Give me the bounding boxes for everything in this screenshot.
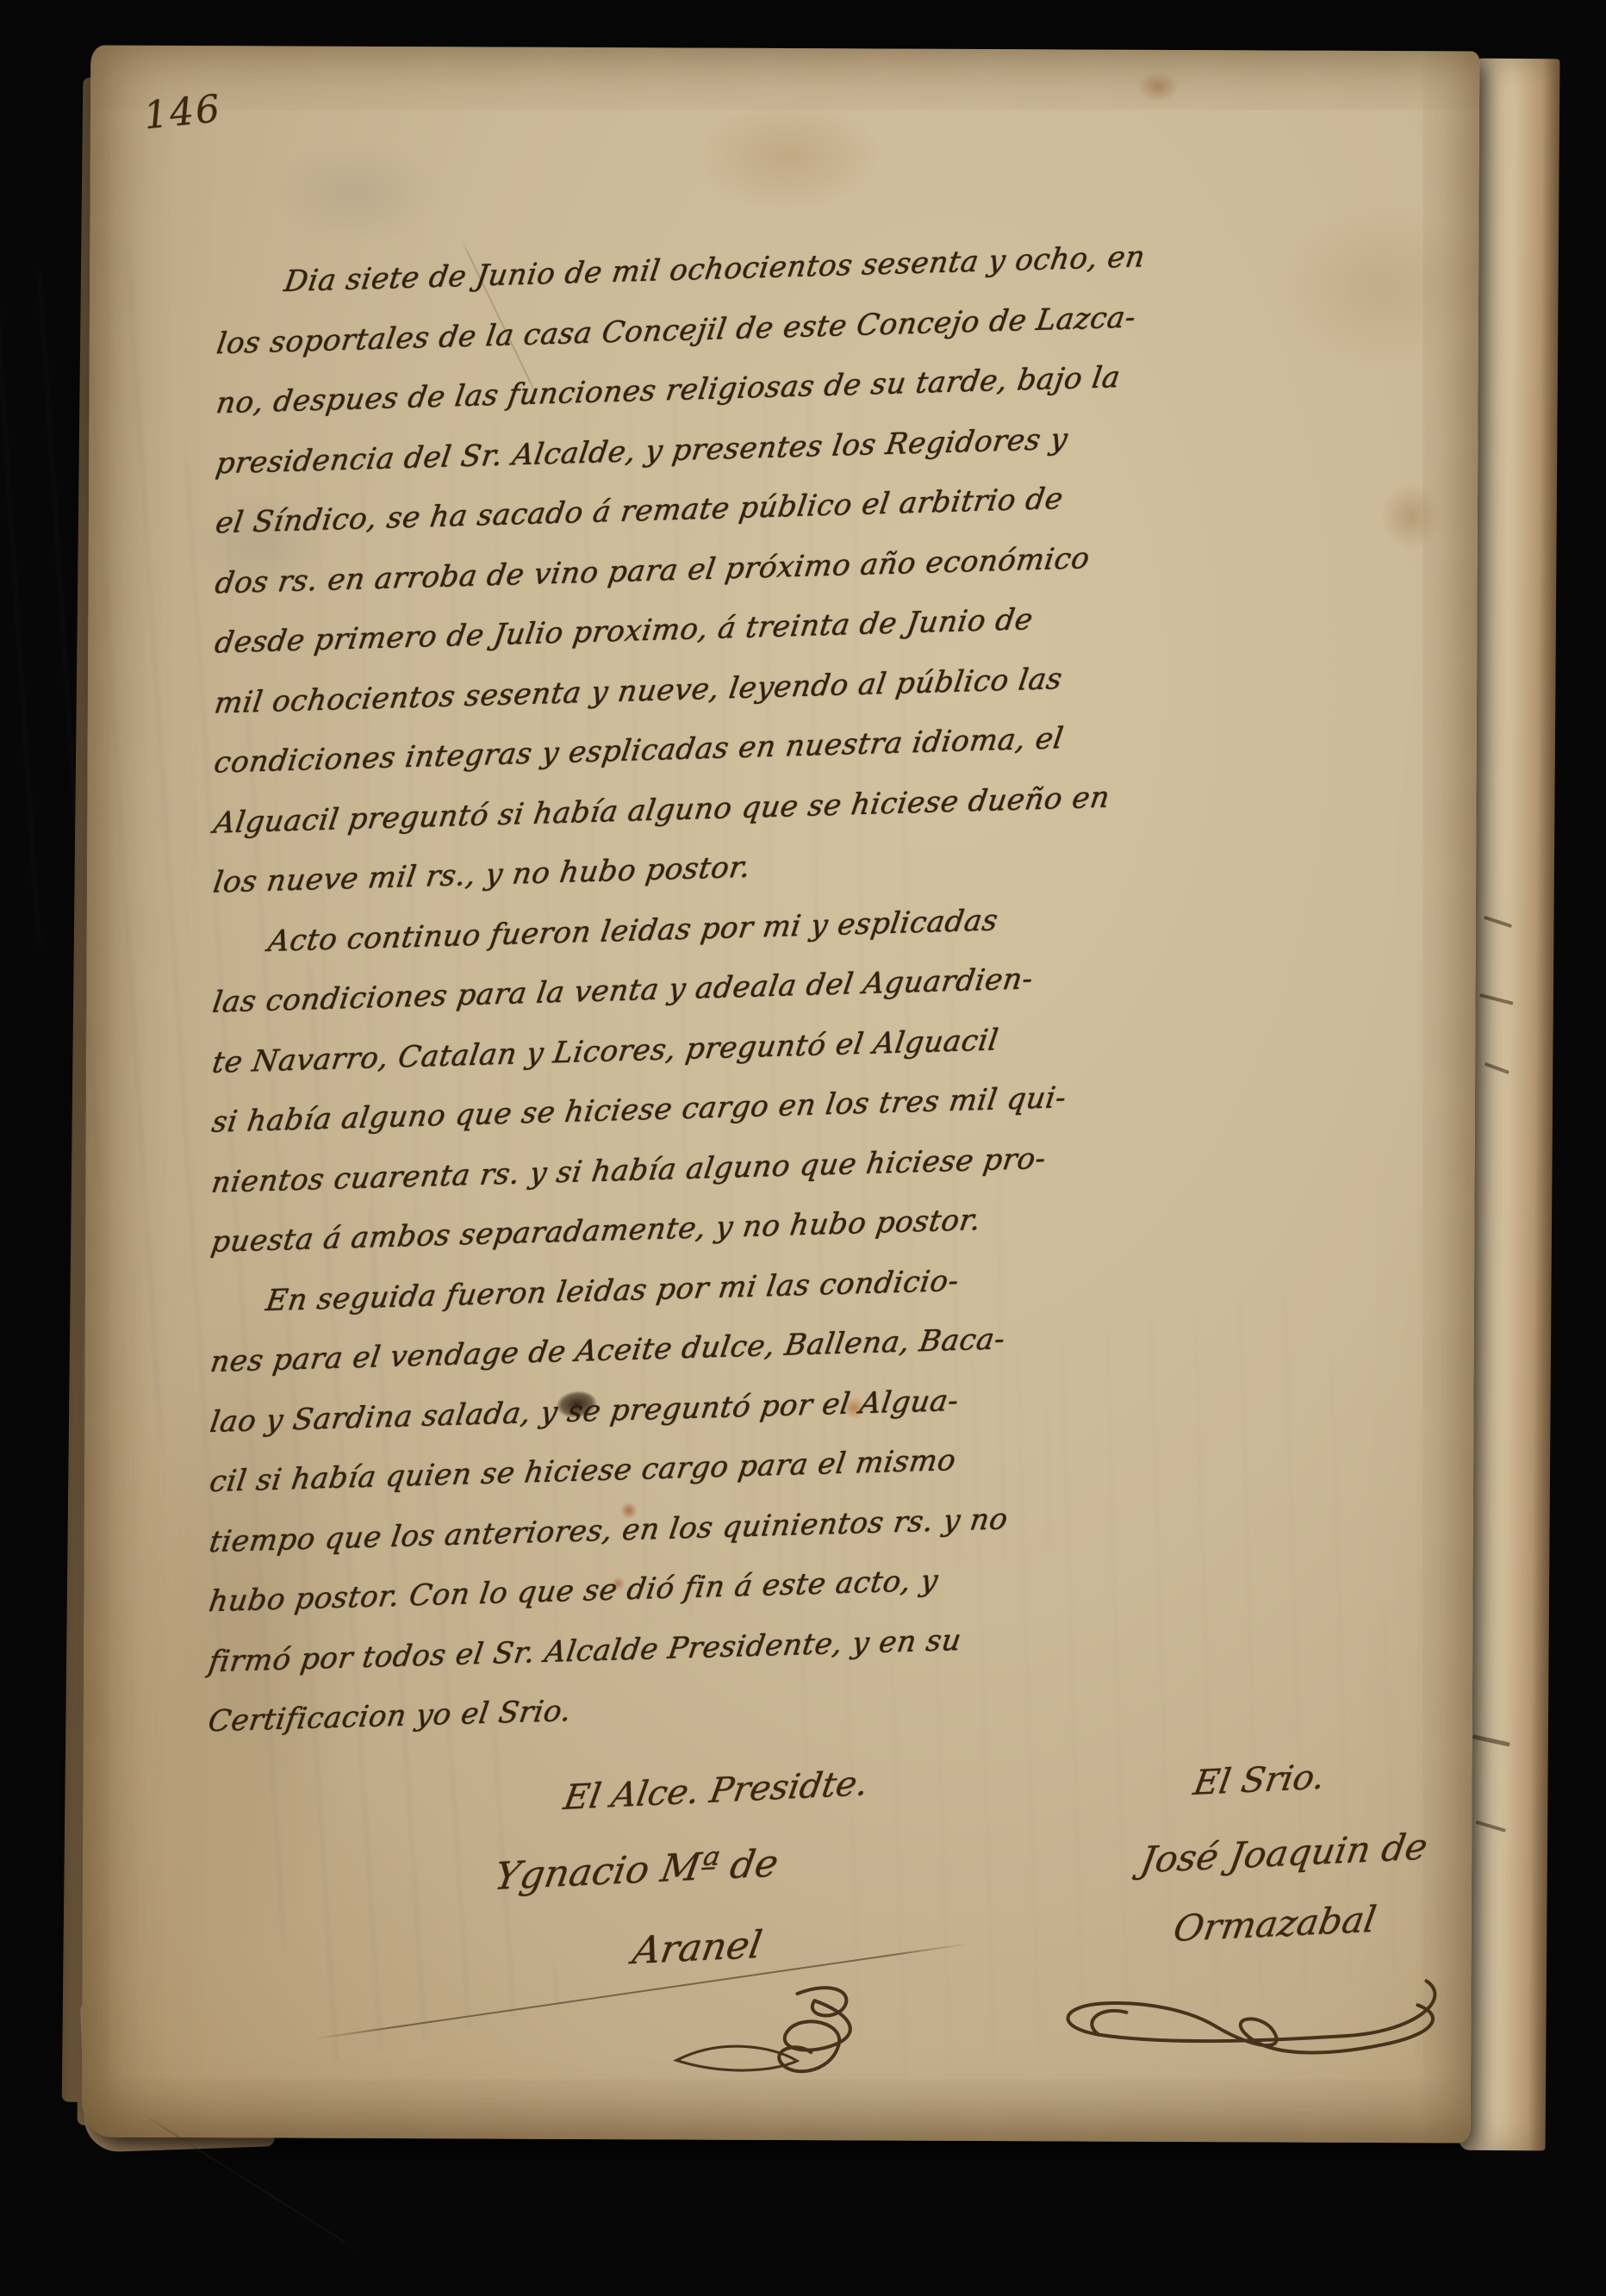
ink-trace [1475,1820,1506,1832]
ink-trace [1479,993,1514,1005]
ink-trace [1485,1062,1510,1074]
crease-line [141,2113,361,2253]
stain [1137,72,1179,103]
signature-role-alcalde: El Alce. Presidte. [561,1764,871,1818]
photograph-backdrop: 146 Dia siete de Junio de mil ochociento… [0,0,1606,2296]
manuscript-page: 146 Dia siete de Junio de mil ochociento… [82,45,1480,2143]
signature-role-secretario: El Srio. [1191,1758,1328,1803]
ink-trace [1472,1734,1510,1746]
ink-trace [1484,916,1513,929]
signature-surname-secretario: Ormazabal [1171,1898,1379,1950]
stain [693,100,883,213]
signature-name-alcalde: Ygnacio Mª de [491,1842,781,1899]
stain [1279,206,1486,370]
stain [1381,482,1441,551]
signature-surname-alcalde: Aranel [630,1923,765,1973]
rubric-flourish-secretario [1047,1962,1461,2084]
signature-name-secretario: José Joaquin de [1137,1826,1430,1882]
graphite-smudge [271,140,444,245]
rubric-flourish-alcalde [668,1977,893,2116]
folio-number: 146 [142,87,224,139]
manuscript-text-block: Dia siete de Junio de mil ochocientos se… [209,233,932,1752]
